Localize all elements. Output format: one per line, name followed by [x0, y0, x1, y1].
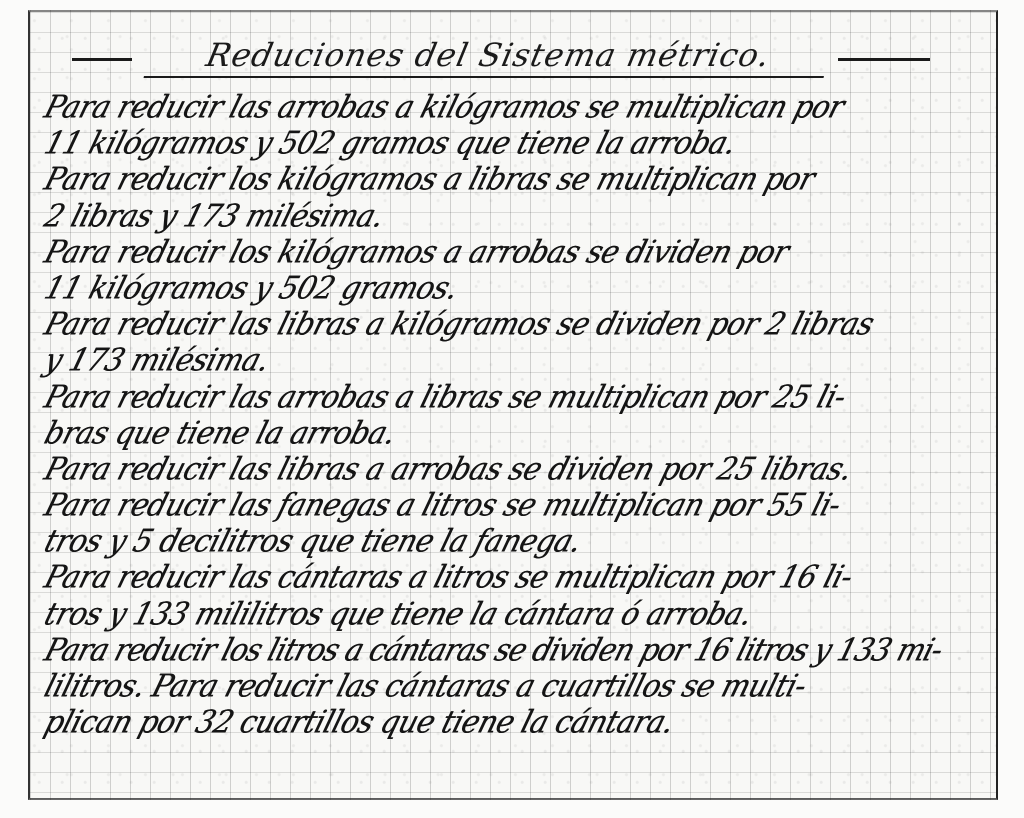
text-line: Para reducir los kilógramos a arrobas se… [34, 232, 1005, 271]
text-line: Para reducir las cántaras a litros se mu… [34, 558, 1005, 597]
text-line: 11 kilógramos y 502 gramos. [34, 268, 1005, 307]
document-page: Reduciones del Sistema métrico. Para red… [0, 0, 1024, 818]
text-line: plican por 32 cuartillos que tiene la cá… [34, 702, 1005, 741]
text-line: Para reducir los litros a cántaras se di… [34, 630, 1005, 669]
text-line: 2 libras y 173 milésima. [34, 196, 1005, 235]
text-line: tros y 5 decilitros que tiene la fanega. [34, 521, 1005, 560]
text-line: tros y 133 mililitros que tiene la cánta… [34, 594, 1005, 633]
page-title: Reduciones del Sistema métrico. [144, 36, 833, 78]
title-dash-left [72, 58, 132, 61]
text-line: Para reducir las fanegas a litros se mul… [34, 485, 1005, 524]
text-line: Para reducir las arrobas a kilógramos se… [34, 87, 1005, 126]
text-line: 11 kilógramos y 502 gramos que tiene la … [34, 123, 1005, 162]
text-line: Para reducir los kilógramos a libras se … [34, 159, 1005, 198]
text-line: Para reducir las libras a arrobas se div… [34, 449, 1005, 488]
text-line: y 173 milésima. [34, 340, 1005, 379]
text-line: lilitros. Para reducir las cántaras a cu… [34, 666, 1005, 705]
grid-paper-sheet: Reduciones del Sistema métrico. Para red… [28, 10, 998, 800]
handwritten-body: Para reducir las arrobas a kilógramos se… [34, 90, 994, 741]
title-row: Reduciones del Sistema métrico. [30, 40, 996, 80]
text-line: Para reducir las libras a kilógramos se … [34, 304, 1005, 343]
text-line: bras que tiene la arroba. [34, 413, 1005, 452]
text-line: Para reducir las arrobas a libras se mul… [34, 377, 1005, 416]
title-dash-right [838, 58, 930, 61]
